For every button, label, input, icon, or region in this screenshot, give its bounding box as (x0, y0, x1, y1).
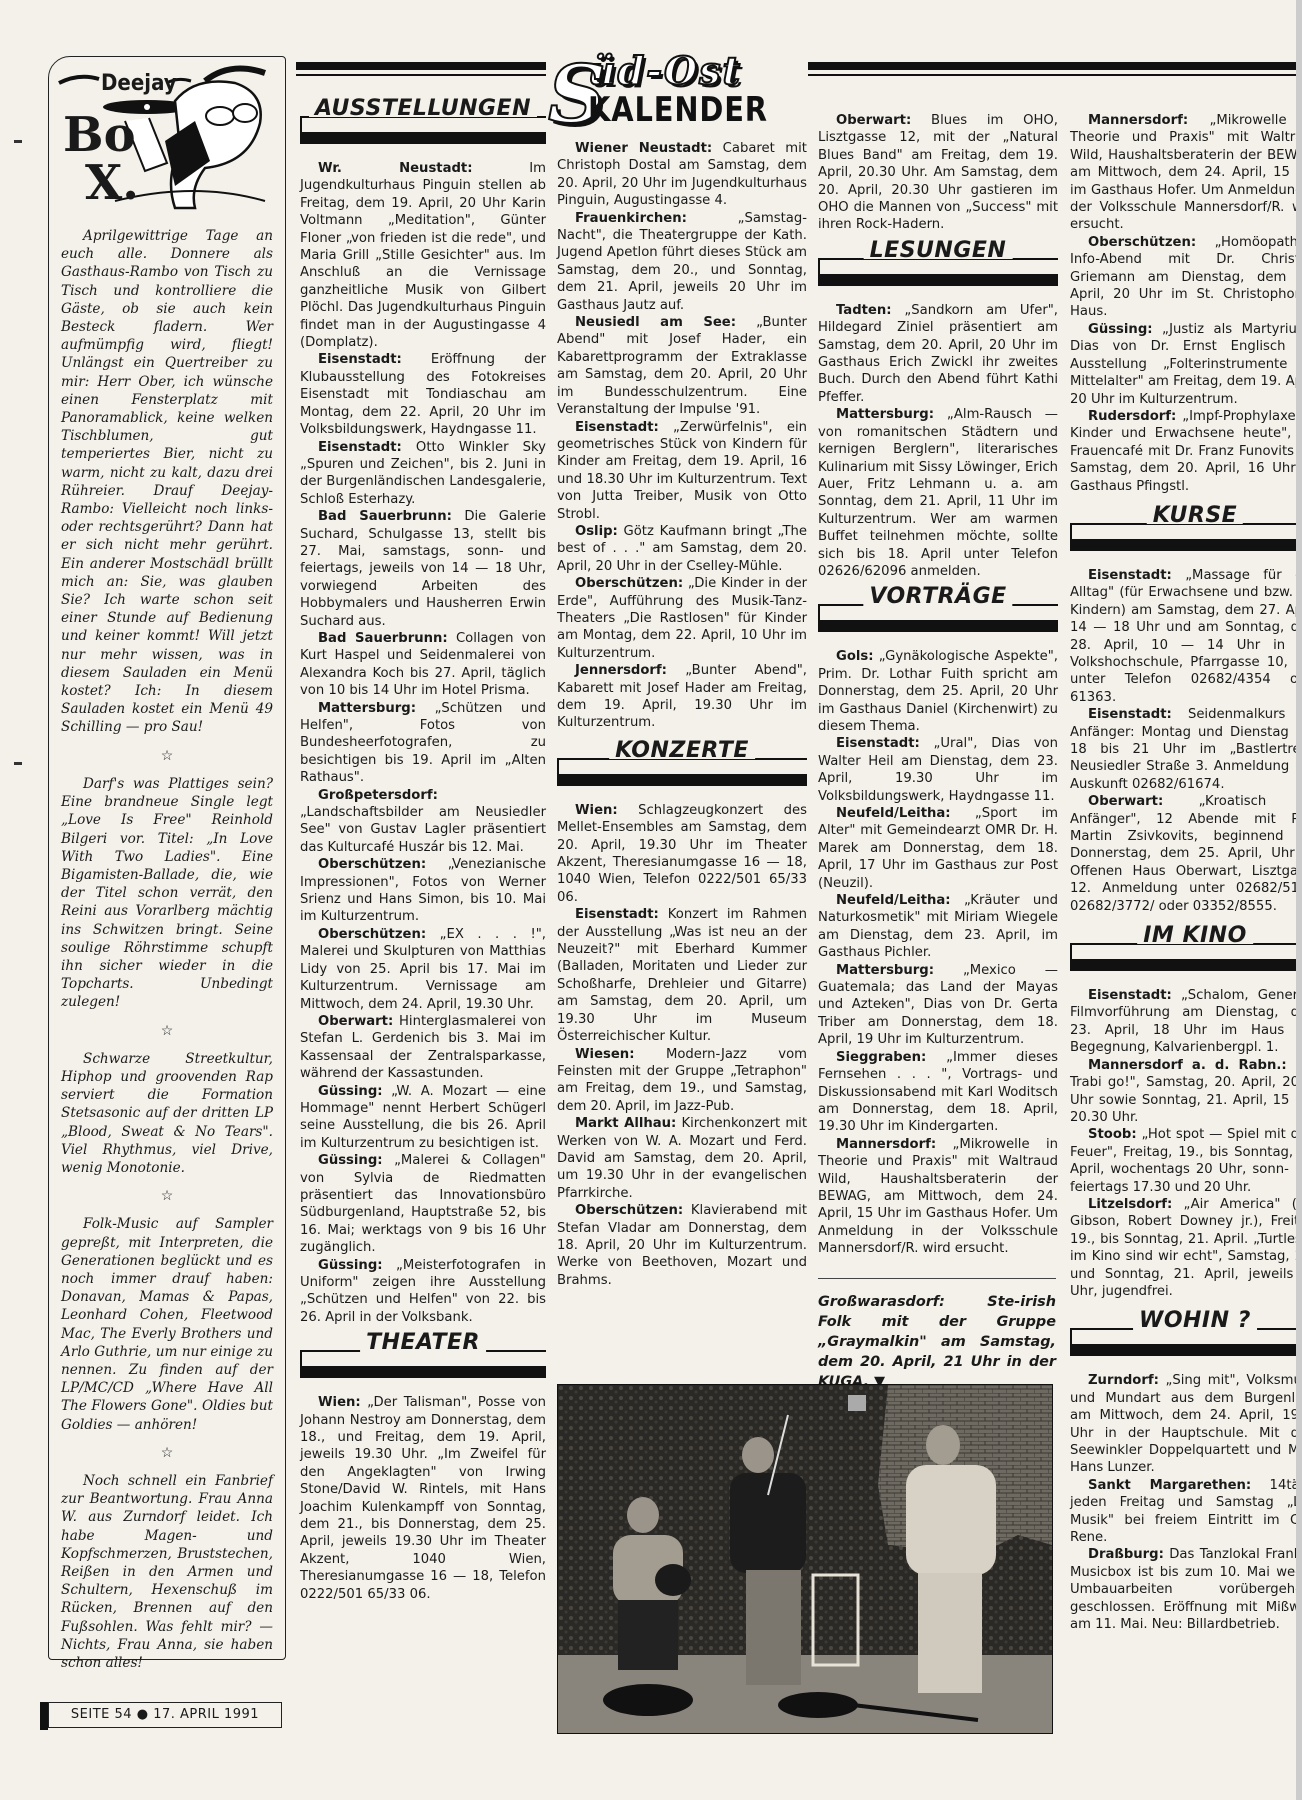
event-text: „Kroatisch für Anfänger", 12 Abende mit … (1070, 794, 1302, 913)
event-place: Oberschützen: (318, 857, 426, 872)
event-place: Neufeld/Leitha: (836, 806, 951, 821)
lesungen-list: Tadten: „Sandkorn am Ufer", Hildegard Zi… (818, 302, 1058, 581)
event-place: Sankt Margarethen: (1088, 1478, 1251, 1493)
section-header-ausstellungen: AUSSTELLUNGEN (300, 102, 546, 146)
event-place: Oberschützen: (575, 1203, 683, 1218)
event-place: Eisenstadt: (836, 736, 920, 751)
masthead: S üd-Ost KALENDER (548, 52, 808, 132)
caption-rule (818, 1278, 1056, 1279)
event-entry: Neufeld/Leitha: „Sport im Alter" mit Gem… (818, 805, 1058, 892)
event-entry: Oberwart: Blues im OHO, Lisztgasse 12, m… (818, 112, 1058, 234)
event-place: Wien: (318, 1395, 361, 1410)
event-entry: Draßburg: Das Tanzlokal Frankies Musicbo… (1070, 1546, 1302, 1633)
event-entry: Mannersdorf a. d. Rabn.: „Go Trabi go!",… (1070, 1057, 1302, 1127)
event-entry: Güssing: „Justiz als Martyrium", Dias vo… (1070, 321, 1302, 408)
event-place: Eisenstadt: (1088, 988, 1172, 1003)
event-entry: Frauenkirchen: „Samstag-Nacht", die Thea… (557, 210, 807, 314)
event-entry: Oberschützen: „Venezianische Impressione… (300, 856, 546, 926)
event-entry: Eisenstadt: „Ural", Dias von Walter Heil… (818, 735, 1058, 805)
event-place: Wr. Neustadt: (318, 161, 473, 176)
event-place: Neufeld/Leitha: (836, 893, 951, 908)
event-entry: Oberwart: Hinterglasmalerei von Stefan L… (300, 1013, 546, 1083)
kino-list: Eisenstadt: „Schalom, General", Filmvorf… (1070, 987, 1302, 1300)
event-entry: Bad Sauerbrunn: Die Galerie Suchard, Sch… (300, 508, 546, 630)
event-place: Bad Sauerbrunn: (318, 509, 452, 524)
vortraege-list: Gols: „Gynäkologische Aspekte", Prim. Dr… (818, 648, 1058, 1257)
event-entry: Güssing: „Meisterfotografen in Uniform" … (300, 1257, 546, 1327)
deejay-box: Deejay Bo X. Aprilgewittrige Tage an euc… (48, 56, 286, 1660)
event-entry: Neusiedl am See: „Bunter Abend" mit Jose… (557, 314, 807, 418)
masthead-rule-right-thin (808, 74, 1302, 76)
event-place: Eisenstadt: (318, 352, 402, 367)
event-place: Wiener Neustadt: (575, 141, 712, 156)
event-entry: Wien: „Der Talisman", Posse von Johann N… (300, 1394, 546, 1603)
event-place: Eisenstadt: (575, 907, 659, 922)
kurse-list: Eisenstadt: „Massage für den Alltag" (fü… (1070, 567, 1302, 915)
event-text: Blues im OHO, Lisztgasse 12, mit der „Na… (818, 113, 1058, 232)
event-place: Oslip: (575, 524, 618, 539)
star-separator-icon: ☆ (61, 1187, 273, 1205)
event-place: Großpetersdorf: (318, 788, 438, 803)
event-place: Mattersburg: (836, 963, 934, 978)
page-number: SEITE 54 (71, 1707, 132, 1722)
column-2: AUSSTELLUNGEN Wr. Neustadt: Im Jugendkul… (300, 96, 546, 1603)
event-text: Die Galerie Suchard, Schulgasse 13, stel… (300, 509, 546, 628)
event-entry: Oslip: Götz Kaufmann bringt „The best of… (557, 523, 807, 575)
event-entry: Tadten: „Sandkorn am Ufer", Hildegard Zi… (818, 302, 1058, 406)
event-entry: Mannersdorf: „Mikrowelle in Theorie und … (818, 1136, 1058, 1258)
event-entry: Oberwart: „Kroatisch für Anfänger", 12 A… (1070, 793, 1302, 915)
footer-mark (40, 1702, 48, 1730)
event-place: Markt Allhau: (575, 1116, 676, 1131)
konzerte-list-cont: Oberwart: Blues im OHO, Lisztgasse 12, m… (818, 112, 1058, 234)
section-header-kurse: KURSE (1070, 509, 1302, 553)
event-text: „Massage für den Alltag" (für Erwachsene… (1070, 568, 1302, 705)
star-separator-icon: ☆ (61, 1022, 273, 1040)
event-text: „Malerei & Collagen" von Sylvia de Riedm… (300, 1153, 546, 1255)
event-entry: Mattersburg: „Schützen und Helfen", Foto… (300, 700, 546, 787)
event-place: Oberschützen: (318, 927, 426, 942)
band-photo (557, 1384, 1053, 1734)
event-place: Neusiedl am See: (575, 315, 736, 330)
section-header-lesungen: LESUNGEN (818, 244, 1058, 288)
event-text: „Bunter Abend" mit Josef Hader, ein Kaba… (557, 315, 807, 417)
section-title: KONZERTE (609, 742, 755, 759)
wohin-list: Zurndorf: „Sing mit", Volksmusik und Mun… (1070, 1372, 1302, 1633)
section-title: THEATER (360, 1334, 486, 1351)
event-entry: Sieggraben: „Immer dieses Fernsehen . . … (818, 1049, 1058, 1136)
event-place: Bad Sauerbrunn: (318, 631, 448, 646)
event-entry: Eisenstadt: Konzert im Rahmen der Ausste… (557, 906, 807, 1045)
section-header-vortraege: VORTRÄGE (818, 590, 1058, 634)
print-mark (14, 140, 22, 143)
event-place: Rudersdorf: (1088, 409, 1176, 424)
event-entry: Güssing: „Malerei & Collagen" von Sylvia… (300, 1152, 546, 1256)
event-entry: Sankt Margarethen: 14tägig jeden Freitag… (1070, 1477, 1302, 1547)
masthead-rule-left-thin (296, 74, 546, 76)
kabarett-list: Wiener Neustadt: Cabaret mit Christoph D… (557, 140, 807, 732)
section-header-theater: THEATER (300, 1336, 546, 1380)
event-place: Güssing: (318, 1153, 383, 1168)
vortraege-list-cont: Mannersdorf: „Mikrowelle in Theorie und … (1070, 112, 1302, 495)
section-title: KURSE (1147, 507, 1243, 524)
event-entry: Jennersdorf: „Bunter Abend", Kabarett mi… (557, 662, 807, 732)
ausstellungen-list: Wr. Neustadt: Im Jugendkulturhaus Pingui… (300, 160, 546, 1326)
event-entry: Neufeld/Leitha: „Kräuter und Naturkosmet… (818, 892, 1058, 962)
event-text: „Der Talisman", Posse von Johann Nestroy… (300, 1395, 546, 1601)
konzerte-list: Wien: Schlagzeugkonzert des Mellet-Ensem… (557, 802, 807, 1289)
event-place: Draßburg: (1088, 1547, 1164, 1562)
event-place: Wien: (575, 803, 618, 818)
deejay-paragraph: Noch schnell ein Fanbrief zur Beantwortu… (61, 1472, 273, 1672)
event-entry: Oberschützen: Klavierabend mit Stefan Vl… (557, 1202, 807, 1289)
deejay-paragraph: Darf's was Plattiges sein? Eine brandneu… (61, 775, 273, 1012)
event-place: Eisenstadt: (1088, 707, 1172, 722)
event-place: Eisenstadt: (575, 420, 659, 435)
event-entry: Güssing: „W. A. Mozart — eine Hommage" n… (300, 1083, 546, 1153)
star-separator-icon: ☆ (61, 747, 273, 765)
event-place: Jennersdorf: (575, 663, 667, 678)
masthead-rule-right (808, 62, 1302, 70)
event-text: „Mikrowelle in Theorie und Praxis" mit W… (1070, 113, 1302, 232)
band-photo-image (558, 1385, 1052, 1733)
event-place: Litzelsdorf: (1088, 1197, 1172, 1212)
event-entry: Eisenstadt: „Massage für den Alltag" (fü… (1070, 567, 1302, 706)
event-place: Mannersdorf a. d. Rabn.: (1088, 1058, 1287, 1073)
event-place: Eisenstadt: (318, 440, 402, 455)
event-entry: Litzelsdorf: „Air America" (Mel Gibson, … (1070, 1196, 1302, 1300)
deejay-paragraph: Schwarze Streetkultur, Hiphop und groove… (61, 1050, 273, 1177)
star-separator-icon: ☆ (61, 1444, 273, 1462)
event-place: Stoob: (1088, 1127, 1137, 1142)
event-entry: Mannersdorf: „Mikrowelle in Theorie und … (1070, 112, 1302, 234)
event-entry: Oberschützen: „EX . . . !", Malerei und … (300, 926, 546, 1013)
event-place: Mannersdorf: (1088, 113, 1188, 128)
masthead-rule-left (296, 62, 546, 70)
event-place: Güssing: (318, 1084, 383, 1099)
event-text: „Mikrowelle in Theorie und Praxis" mit W… (818, 1137, 1058, 1256)
event-place: Güssing: (318, 1258, 383, 1273)
event-place: Mannersdorf: (836, 1137, 936, 1152)
section-header-konzerte: KONZERTE (557, 744, 807, 788)
section-header-wohin: WOHIN ? (1070, 1314, 1302, 1358)
column-3: Wiener Neustadt: Cabaret mit Christoph D… (557, 140, 807, 1289)
event-place: Oberwart: (1088, 794, 1163, 809)
deejay-paragraph: Folk-Music auf Sampler gepreßt, mit Inte… (61, 1215, 273, 1433)
theater-list: Wien: „Der Talisman", Posse von Johann N… (300, 1394, 546, 1603)
section-header-kino: IM KINO (1070, 929, 1302, 973)
event-place: Tadten: (836, 303, 892, 318)
photo-caption: Großwarasdorf: Ste-irish Folk mit der Gr… (818, 1292, 1056, 1392)
deejay-paragraph: Aprilgewittrige Tage an euch alle. Donne… (61, 227, 273, 737)
box-logo-bo: Bo (63, 113, 136, 157)
event-place: Zurndorf: (1088, 1373, 1159, 1388)
event-entry: Markt Allhau: Kirchenkonzert mit Werken … (557, 1115, 807, 1202)
event-entry: Eisenstadt: „Zerwürfelnis", ein geometri… (557, 419, 807, 523)
event-text: „Air America" (Mel Gibson, Robert Downey… (1070, 1197, 1302, 1299)
event-place: Oberwart: (836, 113, 911, 128)
print-mark (14, 762, 22, 765)
event-entry: Mattersburg: „Mexico — Guatemala; das La… (818, 962, 1058, 1049)
event-entry: Wiesen: Modern-Jazz vom Feinsten mit der… (557, 1046, 807, 1116)
event-text: „Sandkorn am Ufer", Hildegard Ziniel prä… (818, 303, 1058, 405)
event-entry: Wr. Neustadt: Im Jugendkulturhaus Pingui… (300, 160, 546, 351)
event-entry: Oberschützen: „Homöopathie", Info-Abend … (1070, 234, 1302, 321)
box-logo-x: X. (85, 161, 139, 205)
section-title: LESUNGEN (864, 242, 1013, 259)
event-entry: Eisenstadt: „Schalom, General", Filmvorf… (1070, 987, 1302, 1057)
deejay-box-text: Aprilgewittrige Tage an euch alle. Donne… (61, 227, 273, 1672)
masthead-title: KALENDER (588, 90, 768, 130)
deejay-logo-word: Deejay (101, 71, 177, 96)
event-entry: Gols: „Gynäkologische Aspekte", Prim. Dr… (818, 648, 1058, 735)
section-title: WOHIN ? (1133, 1312, 1257, 1329)
column-5: Mannersdorf: „Mikrowelle in Theorie und … (1070, 112, 1302, 1633)
event-place: Frauenkirchen: (575, 211, 687, 226)
event-entry: Oberschützen: „Die Kinder in der Erde", … (557, 575, 807, 662)
issue-date: 17. APRIL 1991 (153, 1707, 259, 1722)
event-place: Sieggraben: (836, 1050, 926, 1065)
event-entry: Bad Sauerbrunn: Collagen von Kurt Haspel… (300, 630, 546, 700)
event-place: Oberwart: (318, 1014, 393, 1029)
event-entry: Zurndorf: „Sing mit", Volksmusik und Mun… (1070, 1372, 1302, 1476)
event-text: „Sing mit", Volksmusik und Mundart aus d… (1070, 1373, 1302, 1475)
event-text: Schlagzeugkonzert des Mellet-Ensembles a… (557, 803, 807, 905)
event-entry: Eisenstadt: Seidenmalkurs für Anfänger: … (1070, 706, 1302, 793)
event-entry: Rudersdorf: „Impf-Prophylaxe für Kinder … (1070, 408, 1302, 495)
event-text: Konzert im Rahmen der Ausstellung „Was i… (557, 907, 807, 1044)
event-entry: Großpetersdorf: „Landschaftsbilder am Ne… (300, 787, 546, 857)
deejay-box-logo: Deejay Bo X. (55, 61, 279, 211)
event-entry: Eisenstadt: Otto Winkler Sky „Spuren und… (300, 439, 546, 509)
event-place: Mattersburg: (318, 701, 416, 716)
event-place: Eisenstadt: (1088, 568, 1172, 583)
section-title: IM KINO (1137, 927, 1253, 944)
page-edge (1296, 0, 1302, 1800)
section-title: AUSSTELLUNGEN (309, 100, 537, 117)
event-place: Wiesen: (575, 1047, 634, 1062)
event-entry: Eisenstadt: Eröffnung der Klubausstellun… (300, 351, 546, 438)
event-entry: Stoob: „Hot spot — Spiel mit dem Feuer",… (1070, 1126, 1302, 1196)
event-text: „Landschaftsbilder am Neusiedler See" vo… (300, 805, 546, 855)
event-place: Güssing: (1088, 322, 1153, 337)
event-entry: Wien: Schlagzeugkonzert des Mellet-Ensem… (557, 802, 807, 906)
event-place: Mattersburg: (836, 407, 934, 422)
event-place: Gols: (836, 649, 874, 664)
event-entry: Wiener Neustadt: Cabaret mit Christoph D… (557, 140, 807, 210)
column-4: Oberwart: Blues im OHO, Lisztgasse 12, m… (818, 112, 1058, 1258)
event-place: Oberschützen: (1088, 235, 1196, 250)
event-place: Oberschützen: (575, 576, 683, 591)
page-footer: SEITE 54 ● 17. APRIL 1991 (48, 1702, 282, 1728)
event-entry: Mattersburg: „Alm-Rausch — von romanitsc… (818, 406, 1058, 580)
bullet-icon: ● (137, 1707, 149, 1722)
section-title: VORTRÄGE (863, 588, 1012, 605)
event-text: „Alm-Rausch — von romanitschen Städtern … (818, 407, 1058, 579)
event-text: Im Jugendkulturhaus Pinguin stellen ab F… (300, 161, 546, 350)
